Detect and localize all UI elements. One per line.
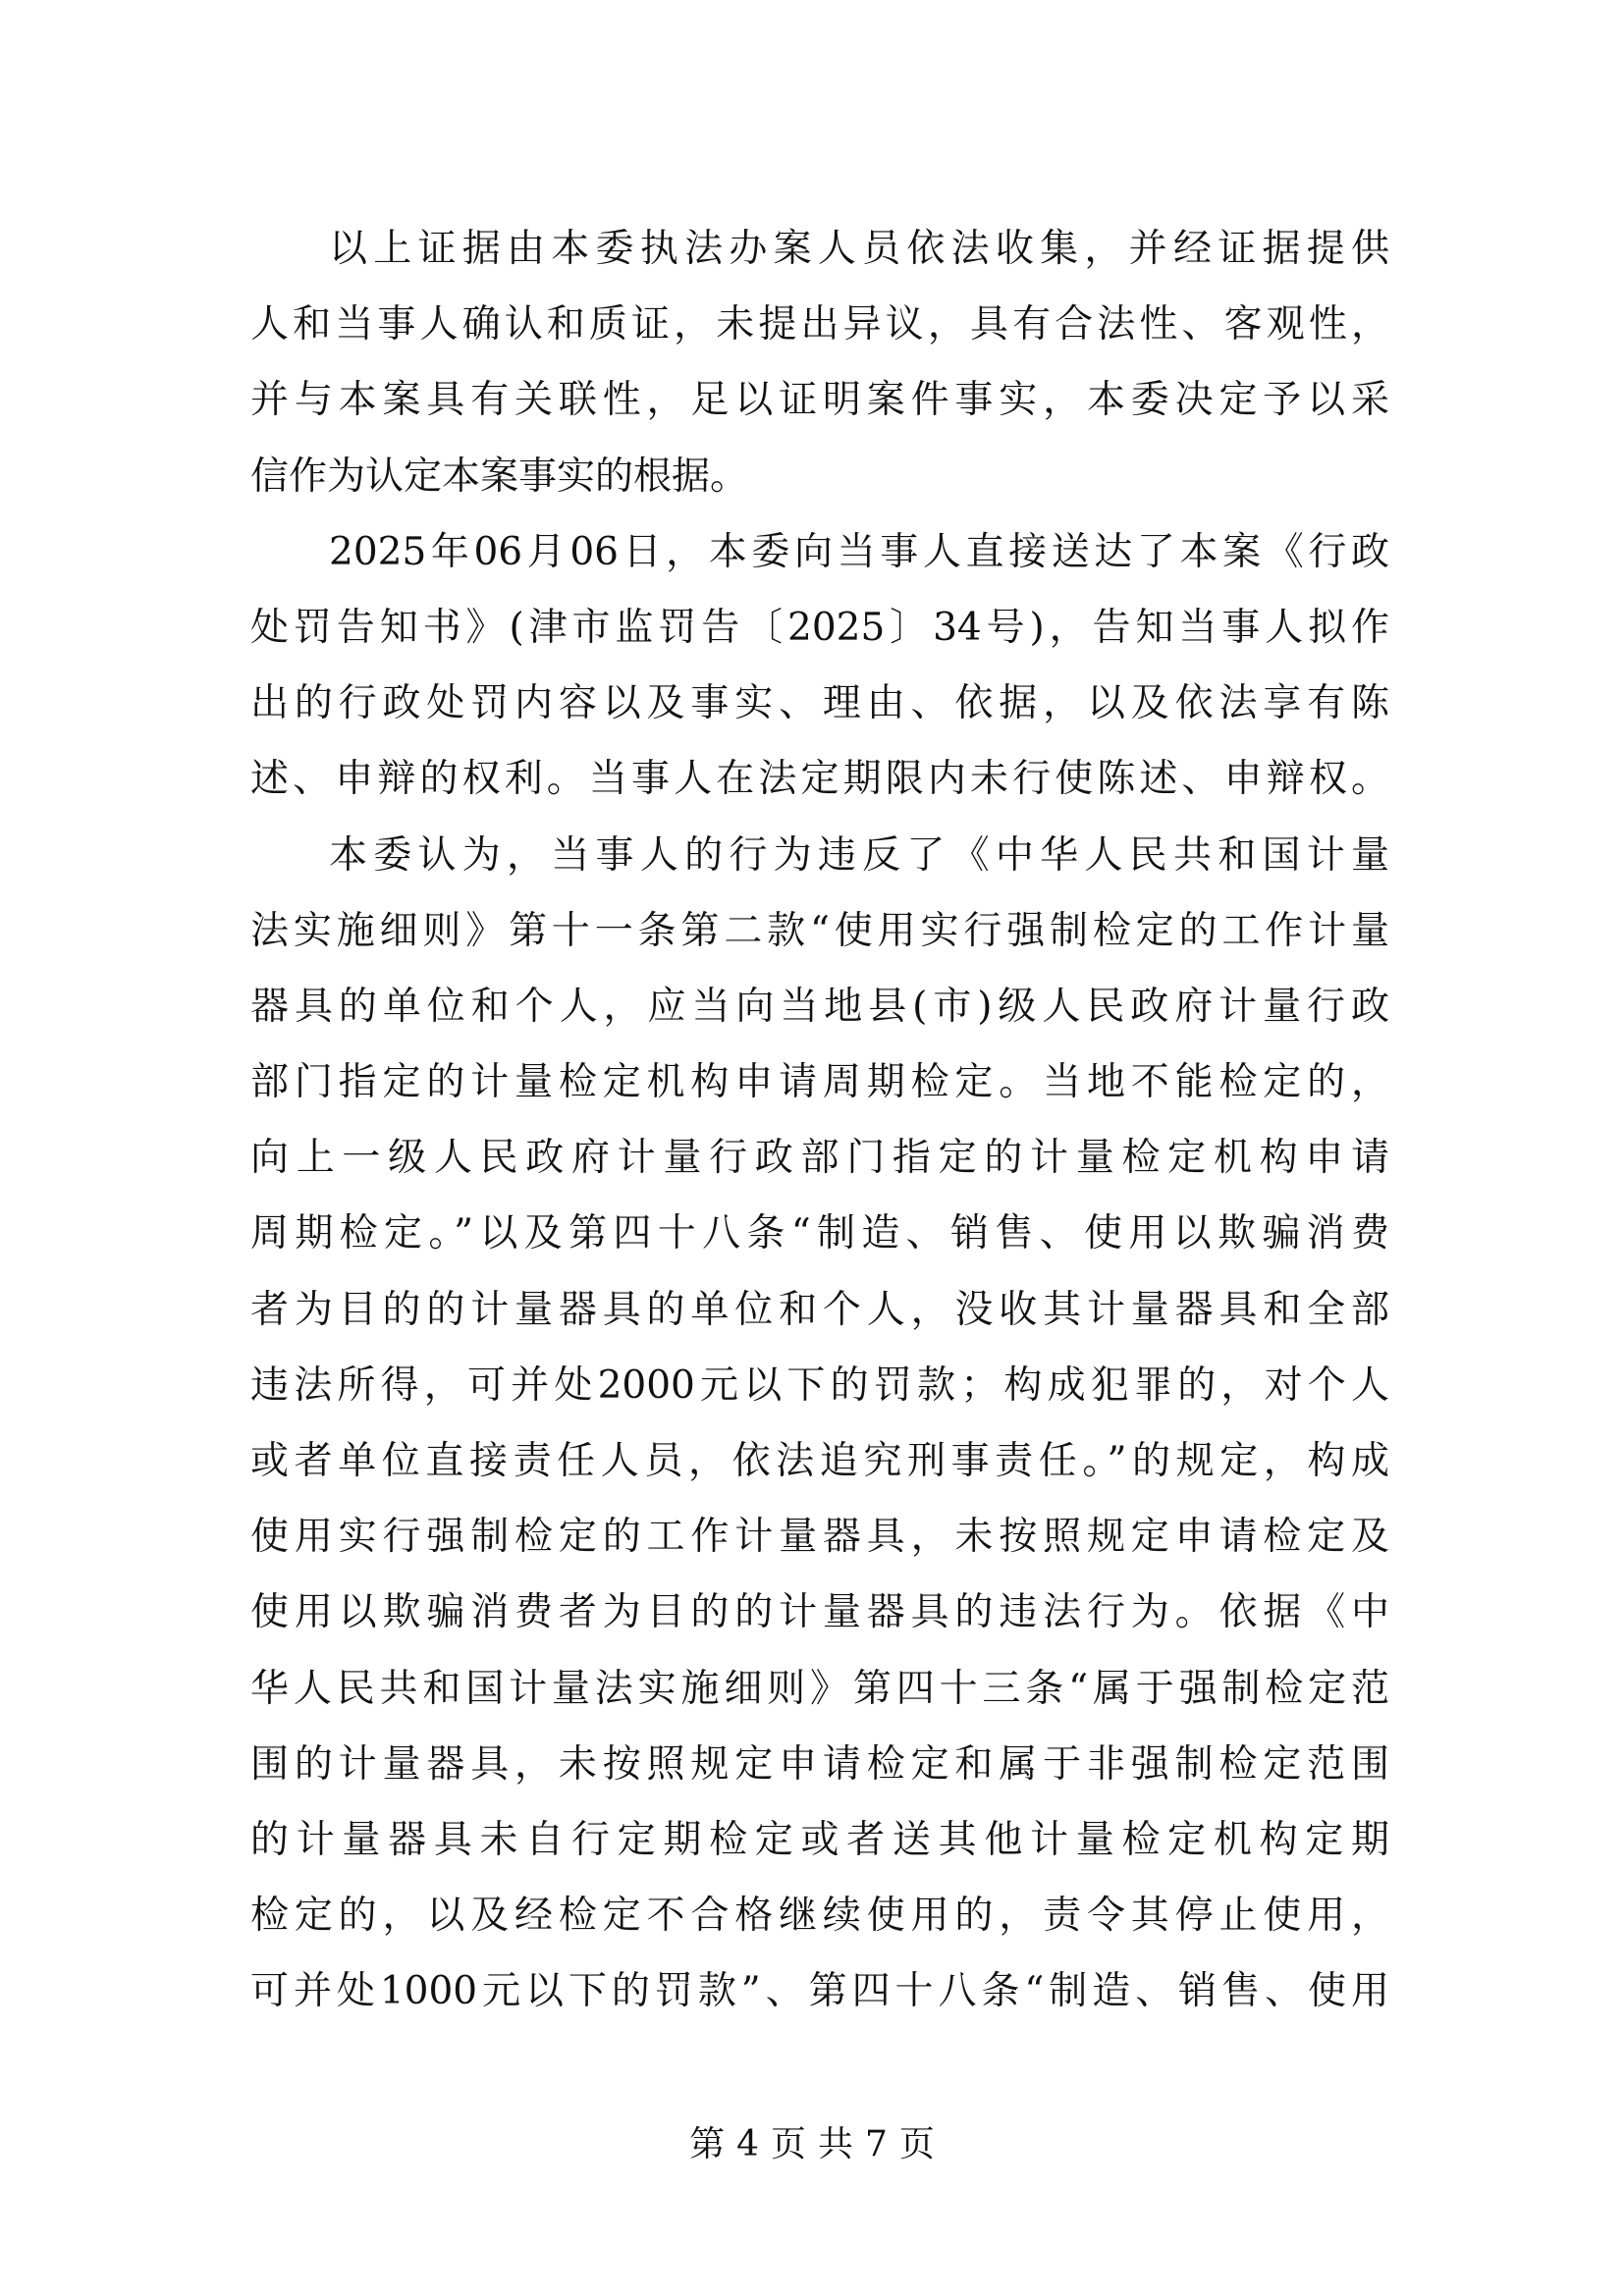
paragraph-3-line-9: 或者单位直接责任人员，依法追究刑事责任。”的规定，构成 xyxy=(250,1423,1389,1499)
paragraph-1-line-2: 人和当事人确认和质证，未提出异议，具有合法性、客观性， xyxy=(250,287,1389,362)
paragraph-2-line-2: 处罚告知书》(津市监罚告〔2025〕34号)，告知当事人拟作 xyxy=(250,590,1389,666)
paragraph-3-line-3: 器具的单位和个人，应当向当地县(市)级人民政府计量行政 xyxy=(250,969,1389,1044)
footer-total-prefix: 共 xyxy=(818,2124,853,2164)
paragraph-3-line-10: 使用实行强制检定的工作计量器具，未按照规定申请检定及 xyxy=(250,1499,1389,1575)
paragraph-3-line-11: 使用以欺骗消费者为目的的计量器具的违法行为。依据《中 xyxy=(250,1575,1389,1650)
footer-total-unit: 页 xyxy=(899,2124,935,2164)
paragraph-2-line-1: 2025年06月06日，本委向当事人直接送达了本案《行政 xyxy=(250,514,1389,590)
paragraph-1-line-4: 信作为认定本案事实的根据。 xyxy=(250,439,1389,514)
paragraph-3-line-15: 检定的，以及经检定不合格继续使用的，责令其停止使用， xyxy=(250,1878,1389,1953)
footer-prefix: 第 xyxy=(689,2124,725,2164)
paragraph-3-line-8: 违法所得，可并处2000元以下的罚款；构成犯罪的，对个人 xyxy=(250,1348,1389,1423)
page-number-footer: 第4页共7页 xyxy=(0,2120,1624,2169)
paragraph-1-line-1: 以上证据由本委执法办案人员依法收集，并经证据提供 xyxy=(250,211,1389,287)
paragraph-3-line-1: 本委认为，当事人的行为违反了《中华人民共和国计量 xyxy=(250,818,1389,893)
paragraph-3-line-6: 周期检定。”以及第四十八条“制造、销售、使用以欺骗消费 xyxy=(250,1196,1389,1271)
paragraph-2-line-4: 述、申辩的权利。当事人在法定期限内未行使陈述、申辩权。 xyxy=(250,741,1389,817)
paragraph-3-line-13: 围的计量器具，未按照规定申请检定和属于非强制检定范围 xyxy=(250,1727,1389,1802)
current-page-number: 4 xyxy=(736,2124,759,2164)
paragraph-2-line-3: 出的行政处罚内容以及事实、理由、依据，以及依法享有陈 xyxy=(250,666,1389,741)
paragraph-3-line-5: 向上一级人民政府计量行政部门指定的计量检定机构申请 xyxy=(250,1120,1389,1196)
paragraph-3-line-2: 法实施细则》第十一条第二款“使用实行强制检定的工作计量 xyxy=(250,893,1389,969)
paragraph-3-line-14: 的计量器具未自行定期检定或者送其他计量检定机构定期 xyxy=(250,1802,1389,1878)
paragraph-1-line-3: 并与本案具有关联性，足以证明案件事实，本委决定予以采 xyxy=(250,362,1389,438)
total-page-count: 7 xyxy=(865,2124,888,2164)
paragraph-3-line-16: 可并处1000元以下的罚款”、第四十八条“制造、销售、使用 xyxy=(250,1953,1389,2029)
paragraph-3-line-7: 者为目的的计量器具的单位和个人，没收其计量器具和全部 xyxy=(250,1272,1389,1348)
document-page: 以上证据由本委执法办案人员依法收集，并经证据提供 人和当事人确认和质证，未提出异… xyxy=(0,0,1624,2296)
paragraph-3-line-4: 部门指定的计量检定机构申请周期检定。当地不能检定的， xyxy=(250,1044,1389,1120)
footer-page-unit: 页 xyxy=(771,2124,806,2164)
paragraph-3-line-12: 华人民共和国计量法实施细则》第四十三条“属于强制检定范 xyxy=(250,1651,1389,1727)
document-body: 以上证据由本委执法办案人员依法收集，并经证据提供 人和当事人确认和质证，未提出异… xyxy=(250,211,1389,2030)
